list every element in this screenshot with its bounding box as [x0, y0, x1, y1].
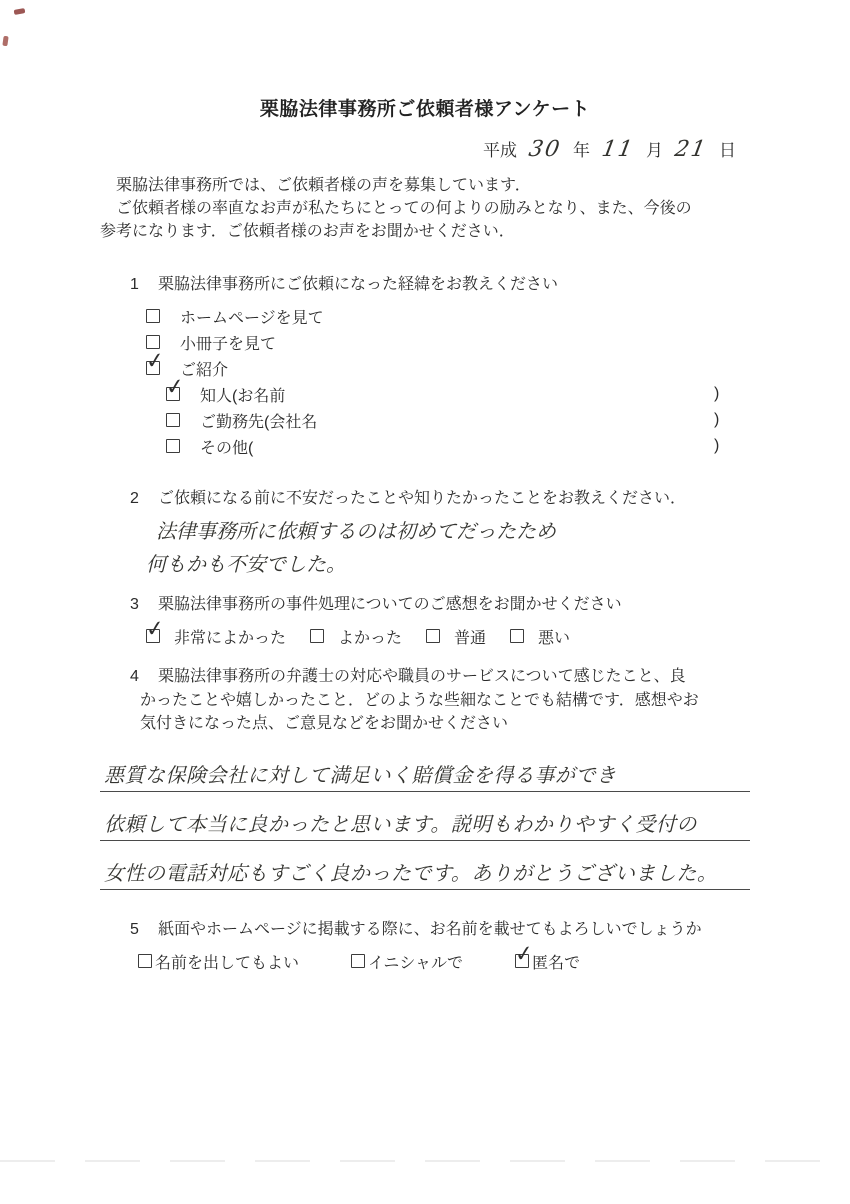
- checkbox[interactable]: [166, 439, 180, 453]
- question-text-continued: 気付きになった点、ご意見などをお聞かせください: [140, 712, 750, 735]
- answer-line-ruled: 悪質な保険会社に対して満足いく賠償金を得る事ができ: [100, 743, 750, 792]
- q3-option-bad: 悪い: [510, 625, 570, 648]
- question-number: 5: [130, 918, 146, 942]
- q1-option-referral: ✓ ご紹介: [146, 355, 750, 381]
- page-title: 栗脇法律事務所ご依頼者様アンケート: [100, 96, 750, 124]
- question-2: 2 ご依頼になる前に不安だったことや知りたかったことをお教えください． 法律事務…: [100, 487, 750, 581]
- handwritten-answer-line: 何もかも不安でした。: [146, 548, 750, 581]
- handwritten-answer-line: 悪質な保険会社に対して満足いく賠償金を得る事ができ: [104, 759, 617, 788]
- question-number: 2: [130, 487, 146, 511]
- checkbox[interactable]: ✓: [146, 629, 160, 643]
- question-3: 3 栗脇法律事務所の事件処理についてのご感想をお聞かせください ✓ 非常によかっ…: [100, 593, 750, 649]
- question-5: 5 紙面やホームページに掲載する際に、お名前を載せてもよろしいでしょうか 名前を…: [100, 918, 750, 974]
- question-5-heading: 5 紙面やホームページに掲載する際に、お名前を載せてもよろしいでしょうか: [130, 918, 750, 942]
- date-line: 平成 30 年 11 月 21 日: [100, 136, 750, 170]
- intro-line: 栗脇法律事務所では、ご依頼者様の声を募集しています．: [100, 174, 750, 197]
- question-4-answer: 悪質な保険会社に対して満足いく賠償金を得る事ができ 依頼して本当に良かったと思い…: [100, 743, 750, 890]
- checkbox[interactable]: ✓: [146, 361, 160, 375]
- handwritten-answer-line: 法律事務所に依頼するのは初めてだったため: [156, 515, 750, 548]
- question-1-heading: 1 栗脇法律事務所にご依頼になった経緯をお教えください: [130, 273, 750, 297]
- option-label: イニシャルで: [368, 950, 463, 973]
- question-text: 栗脇法律事務所の事件処理についてのご感想をお聞かせください: [158, 593, 622, 617]
- q3-option-excellent: ✓ 非常によかった: [146, 625, 286, 648]
- checkbox[interactable]: ✓: [166, 387, 180, 401]
- date-day-value: 21: [673, 137, 709, 162]
- checkbox[interactable]: [310, 629, 324, 643]
- scan-artifact-mark: [14, 8, 26, 15]
- answer-line-ruled: 女性の電話対応もすごく良かったです。ありがとうございました。: [100, 841, 750, 890]
- intro-paragraph: 栗脇法律事務所では、ご依頼者様の声を募集しています． ご依頼者様の率直なお声が私…: [100, 174, 750, 243]
- checkbox[interactable]: [166, 413, 180, 427]
- checkbox[interactable]: [510, 629, 524, 643]
- q1-option-other: その他( ): [166, 433, 750, 459]
- q5-option-real-name: 名前を出してもよい: [138, 950, 299, 973]
- option-label: ご勤務先(会社名: [200, 409, 317, 432]
- question-text: 栗脇法律事務所にご依頼になった経緯をお教えください: [158, 273, 558, 297]
- question-4-heading: 4 栗脇法律事務所の弁護士の対応や職員のサービスについて感じたこと、良: [130, 665, 750, 689]
- q1-option-acquaintance: ✓ 知人(お名前 ): [166, 381, 750, 407]
- checkbox[interactable]: [426, 629, 440, 643]
- q5-option-initials: イニシャルで: [351, 950, 463, 973]
- q1-option-booklet: 小冊子を見て: [146, 329, 750, 355]
- handwritten-answer-line: 依頼して本当に良かったと思います。説明もわかりやすく受付の: [104, 808, 697, 837]
- question-2-answer: 法律事務所に依頼するのは初めてだったため 何もかも不安でした。: [156, 515, 750, 581]
- date-era-label: 平成: [483, 136, 517, 161]
- option-label: ホームページを見て: [180, 305, 324, 328]
- question-text-continued: かったことや嬉しかったこと．どのような些細なことでも結構です．感想やお: [140, 689, 750, 712]
- date-month-value: 11: [600, 137, 636, 162]
- question-number: 4: [130, 665, 146, 689]
- question-text: 栗脇法律事務所の弁護士の対応や職員のサービスについて感じたこと、良: [158, 665, 686, 689]
- option-label: 匿名で: [532, 950, 580, 973]
- option-label: 悪い: [538, 625, 570, 648]
- q5-option-anonymous: ✓ 匿名で: [515, 950, 580, 973]
- date-year-value: 30: [527, 137, 563, 162]
- scan-artifact-line: [0, 1160, 850, 1162]
- option-label: 名前を出してもよい: [155, 950, 299, 973]
- checkbox[interactable]: [146, 309, 160, 323]
- q3-option-good: よかった: [310, 625, 402, 648]
- question-3-options: ✓ 非常によかった よかった 普通 悪い: [146, 623, 750, 649]
- question-text: ご依頼になる前に不安だったことや知りたかったことをお教えください．: [158, 487, 686, 511]
- question-text: 紙面やホームページに掲載する際に、お名前を載せてもよろしいでしょうか: [158, 918, 702, 942]
- questionnaire-page: 栗脇法律事務所ご依頼者様アンケート 平成 30 年 11 月 21 日 栗脇法律…: [0, 0, 850, 1204]
- option-label: その他(: [200, 435, 253, 458]
- question-5-options: 名前を出してもよい イニシャルで ✓ 匿名で: [138, 948, 750, 974]
- question-1-options: ホームページを見て 小冊子を見て ✓ ご紹介 ✓ 知人(お名前 ) ご勤務先(会…: [100, 303, 750, 459]
- checkbox[interactable]: [146, 335, 160, 349]
- paren-close: ): [714, 411, 719, 429]
- intro-line: 参考になります．ご依頼者様のお声をお聞かせください．: [100, 220, 750, 243]
- option-label: 普通: [454, 625, 486, 648]
- handwritten-answer-line: 女性の電話対応もすごく良かったです。ありがとうございました。: [104, 857, 717, 886]
- date-year-unit: 年: [573, 136, 590, 161]
- date-day-unit: 日: [719, 136, 736, 161]
- checkbox[interactable]: [138, 954, 152, 968]
- checkbox[interactable]: ✓: [515, 954, 529, 968]
- question-number: 3: [130, 593, 146, 617]
- intro-line: ご依頼者様の率直なお声が私たちにとっての何よりの励みとなり、また、今後の: [100, 197, 750, 220]
- q1-option-workplace: ご勤務先(会社名 ): [166, 407, 750, 433]
- q1-option-homepage: ホームページを見て: [146, 303, 750, 329]
- date-month-unit: 月: [646, 136, 663, 161]
- question-4: 4 栗脇法律事務所の弁護士の対応や職員のサービスについて感じたこと、良 かったこ…: [100, 665, 750, 890]
- option-label: よかった: [338, 625, 402, 648]
- question-number: 1: [130, 273, 146, 297]
- scan-artifact-mark: [2, 36, 8, 47]
- paren-close: ): [714, 437, 719, 455]
- question-3-heading: 3 栗脇法律事務所の事件処理についてのご感想をお聞かせください: [130, 593, 750, 617]
- question-1: 1 栗脇法律事務所にご依頼になった経緯をお教えください ホームページを見て 小冊…: [100, 273, 750, 459]
- option-label: ご紹介: [180, 357, 228, 380]
- checkmark-icon: ✓: [145, 618, 166, 642]
- question-2-heading: 2 ご依頼になる前に不安だったことや知りたかったことをお教えください．: [130, 487, 750, 511]
- option-label: 小冊子を見て: [180, 331, 276, 354]
- option-label: 知人(お名前: [200, 383, 285, 406]
- option-label: 非常によかった: [174, 625, 286, 648]
- q3-option-average: 普通: [426, 625, 486, 648]
- paren-close: ): [714, 385, 719, 403]
- answer-line-ruled: 依頼して本当に良かったと思います。説明もわかりやすく受付の: [100, 792, 750, 841]
- checkbox[interactable]: [351, 954, 365, 968]
